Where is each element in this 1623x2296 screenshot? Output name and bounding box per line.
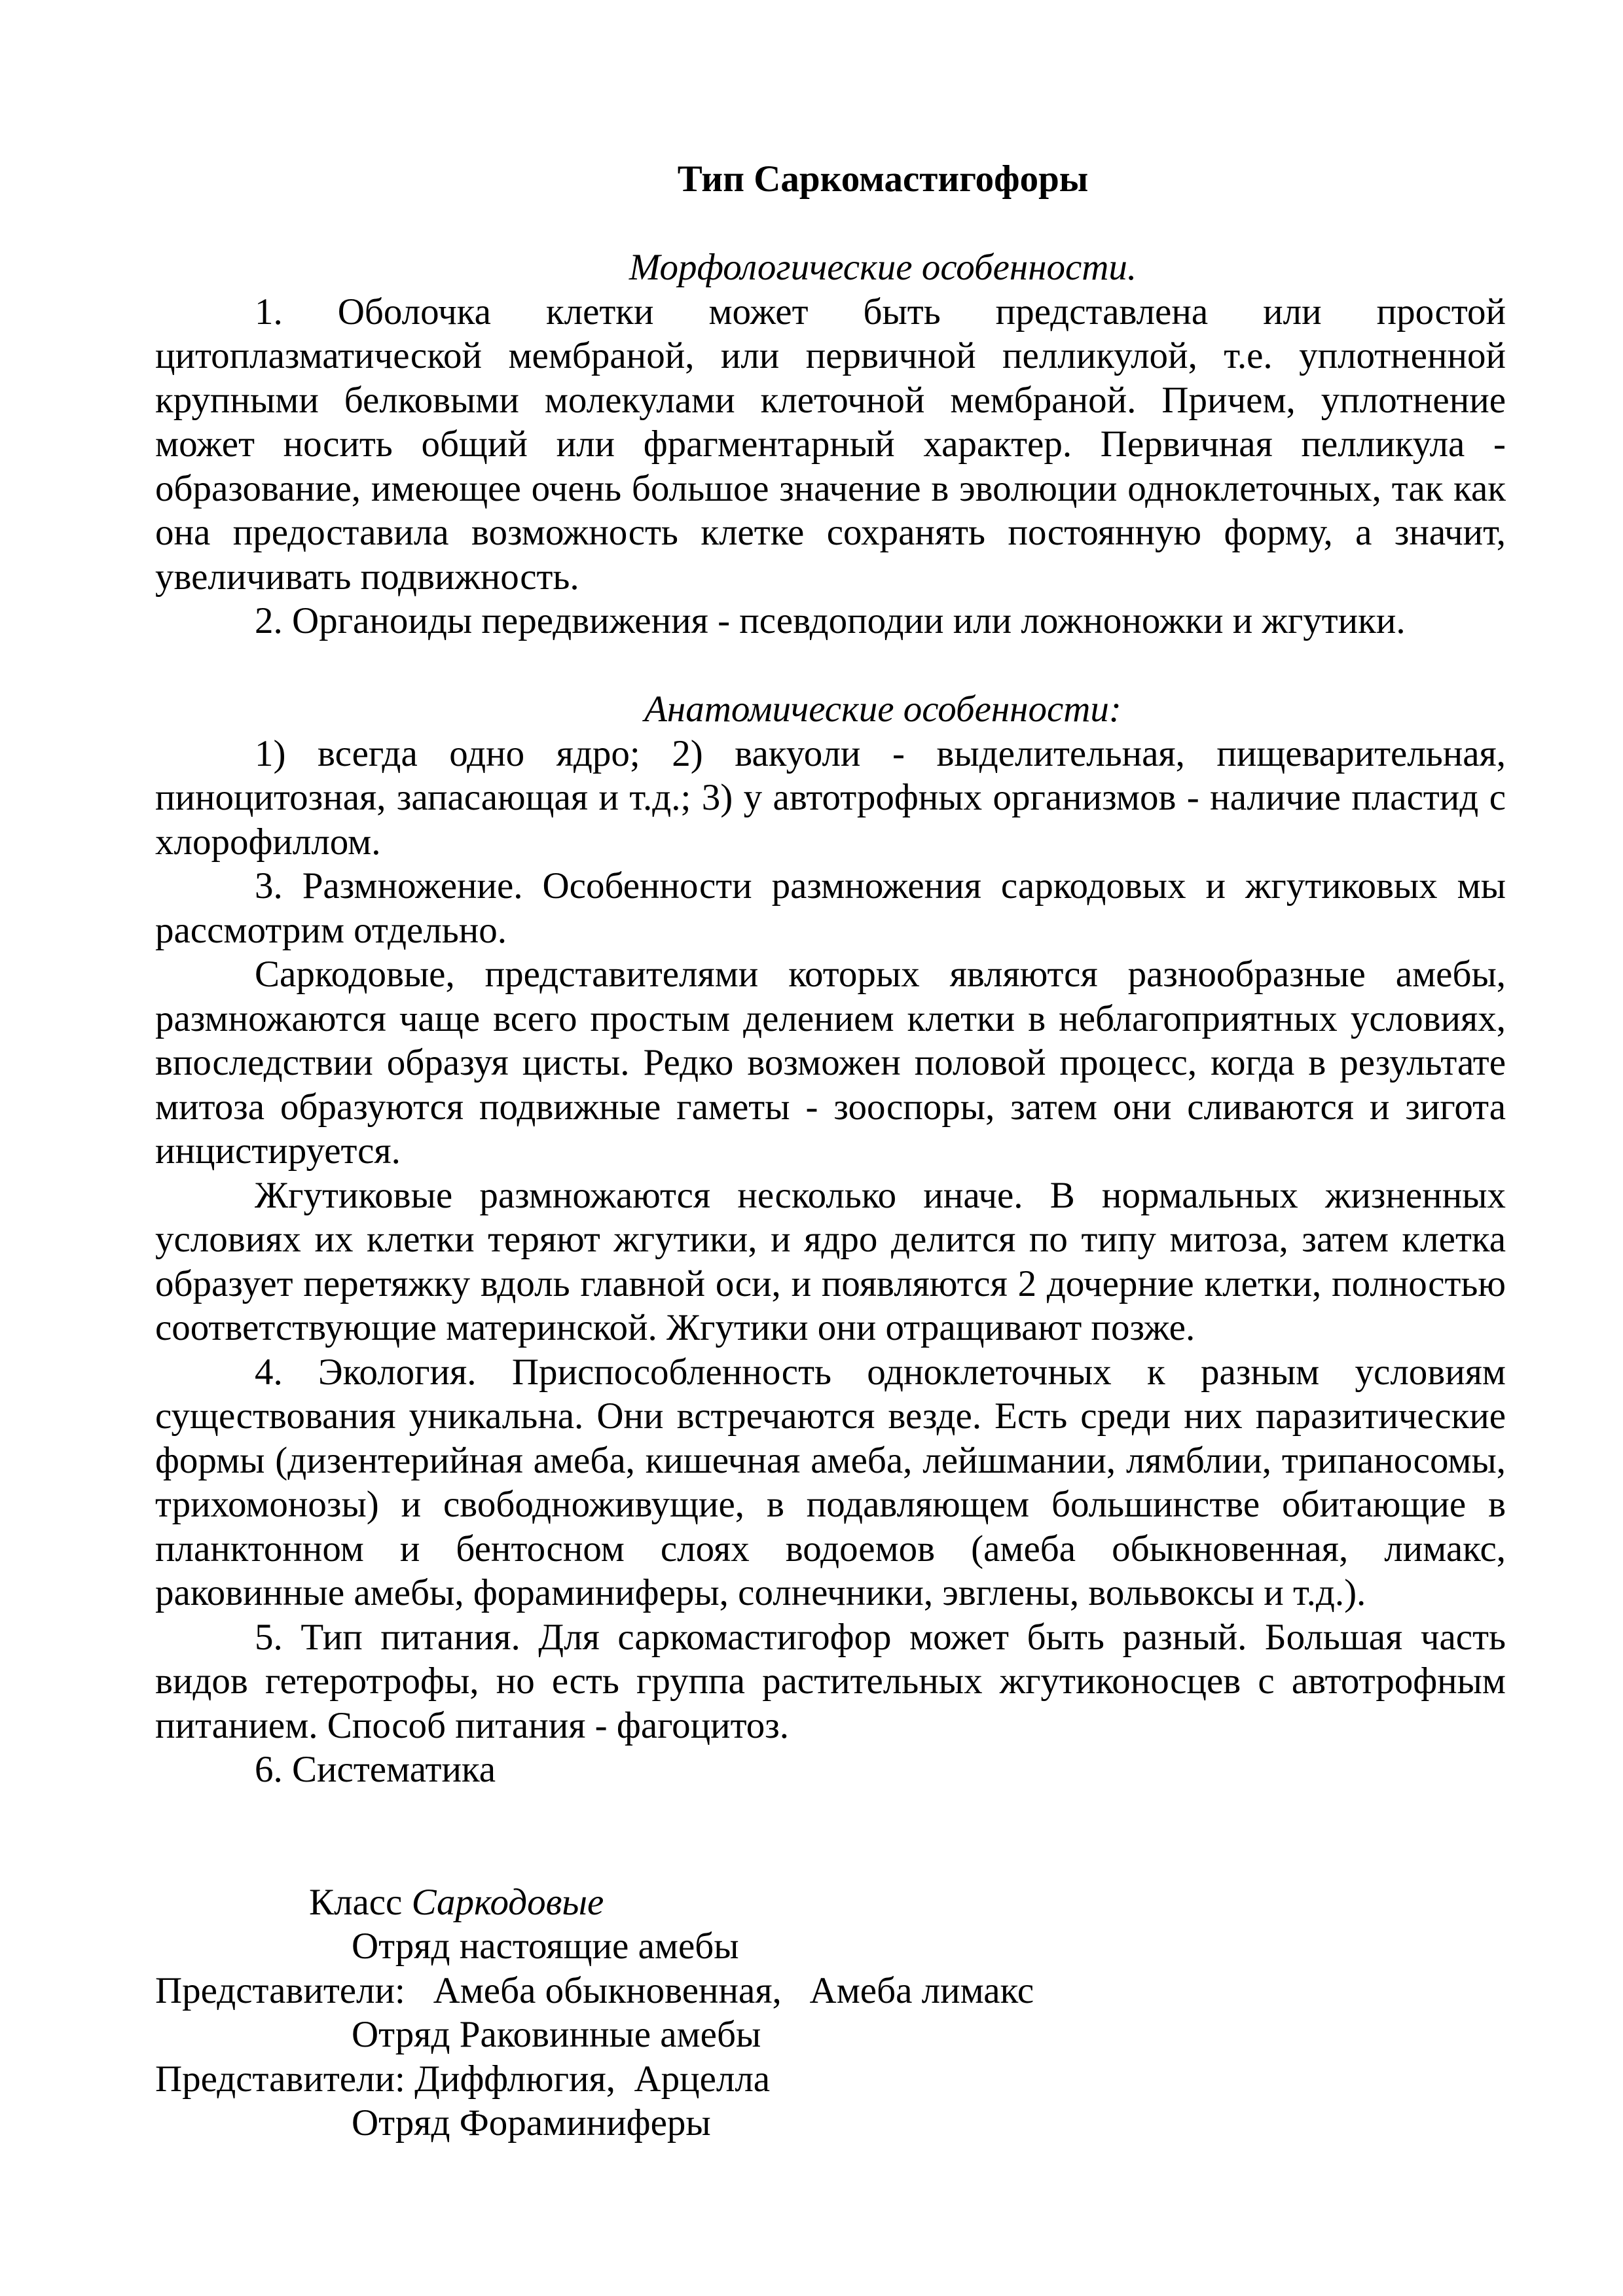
taxonomy-order: Отряд Раковинные амебы — [155, 2013, 1506, 2057]
paragraph-sarcodina-reproduction: Саркодовые, представителями которых явля… — [155, 952, 1506, 1174]
paragraph-ecology: 4. Экология. Приспособленность одноклето… — [155, 1350, 1506, 1615]
spacer — [155, 1836, 1506, 1880]
spacer — [155, 202, 1506, 246]
taxonomy-order: Отряд Фораминиферы — [155, 2101, 1506, 2145]
taxonomy-order: Отряд настоящие амебы — [155, 1924, 1506, 1969]
paragraph-morphology-2: 2. Органоиды передвижения - псевдоподии … — [155, 599, 1506, 643]
spacer — [155, 1792, 1506, 1837]
section-heading-morphology: Морфологические особенности. — [155, 245, 1506, 290]
paragraph-nutrition: 5. Тип питания. Для саркомастигофор може… — [155, 1615, 1506, 1748]
class-name: Саркодовые — [412, 1882, 604, 1923]
taxonomy-representatives: Представители: Амеба обыкновенная, Амеба… — [155, 1969, 1506, 2013]
taxonomy-class: Класс Саркодовые — [155, 1880, 1506, 1925]
paragraph-morphology-1: 1. Оболочка клетки может быть представле… — [155, 290, 1506, 600]
representatives-list: Диффлюгия, Арцелла — [405, 2058, 770, 2100]
taxonomy-representatives: Представители: Диффлюгия, Арцелла — [155, 2057, 1506, 2102]
paragraph-reproduction: 3. Размножение. Особенности размножения … — [155, 864, 1506, 952]
page-title: Тип Саркомастигофоры — [155, 157, 1506, 202]
taxonomy-tree: Класс Саркодовые Отряд настоящие амебы П… — [155, 1880, 1506, 2145]
class-label: Класс — [309, 1882, 402, 1923]
paragraph-anatomy: 1) всегда одно ядро; 2) вакуоли - выдели… — [155, 732, 1506, 865]
section-heading-systematics: 6. Систематика — [155, 1748, 1506, 1792]
representatives-list: Амеба обыкновенная, Амеба лимакс — [405, 1970, 1034, 2011]
representatives-label: Представители: — [155, 2058, 405, 2100]
document-page: Тип Саркомастигофоры Морфологические осо… — [155, 157, 1506, 2145]
paragraph-flagellate-reproduction: Жгутиковые размножаются несколько иначе.… — [155, 1174, 1506, 1350]
section-heading-anatomy: Анатомические особенности: — [155, 687, 1506, 732]
representatives-label: Представители: — [155, 1970, 405, 2011]
spacer — [155, 643, 1506, 688]
